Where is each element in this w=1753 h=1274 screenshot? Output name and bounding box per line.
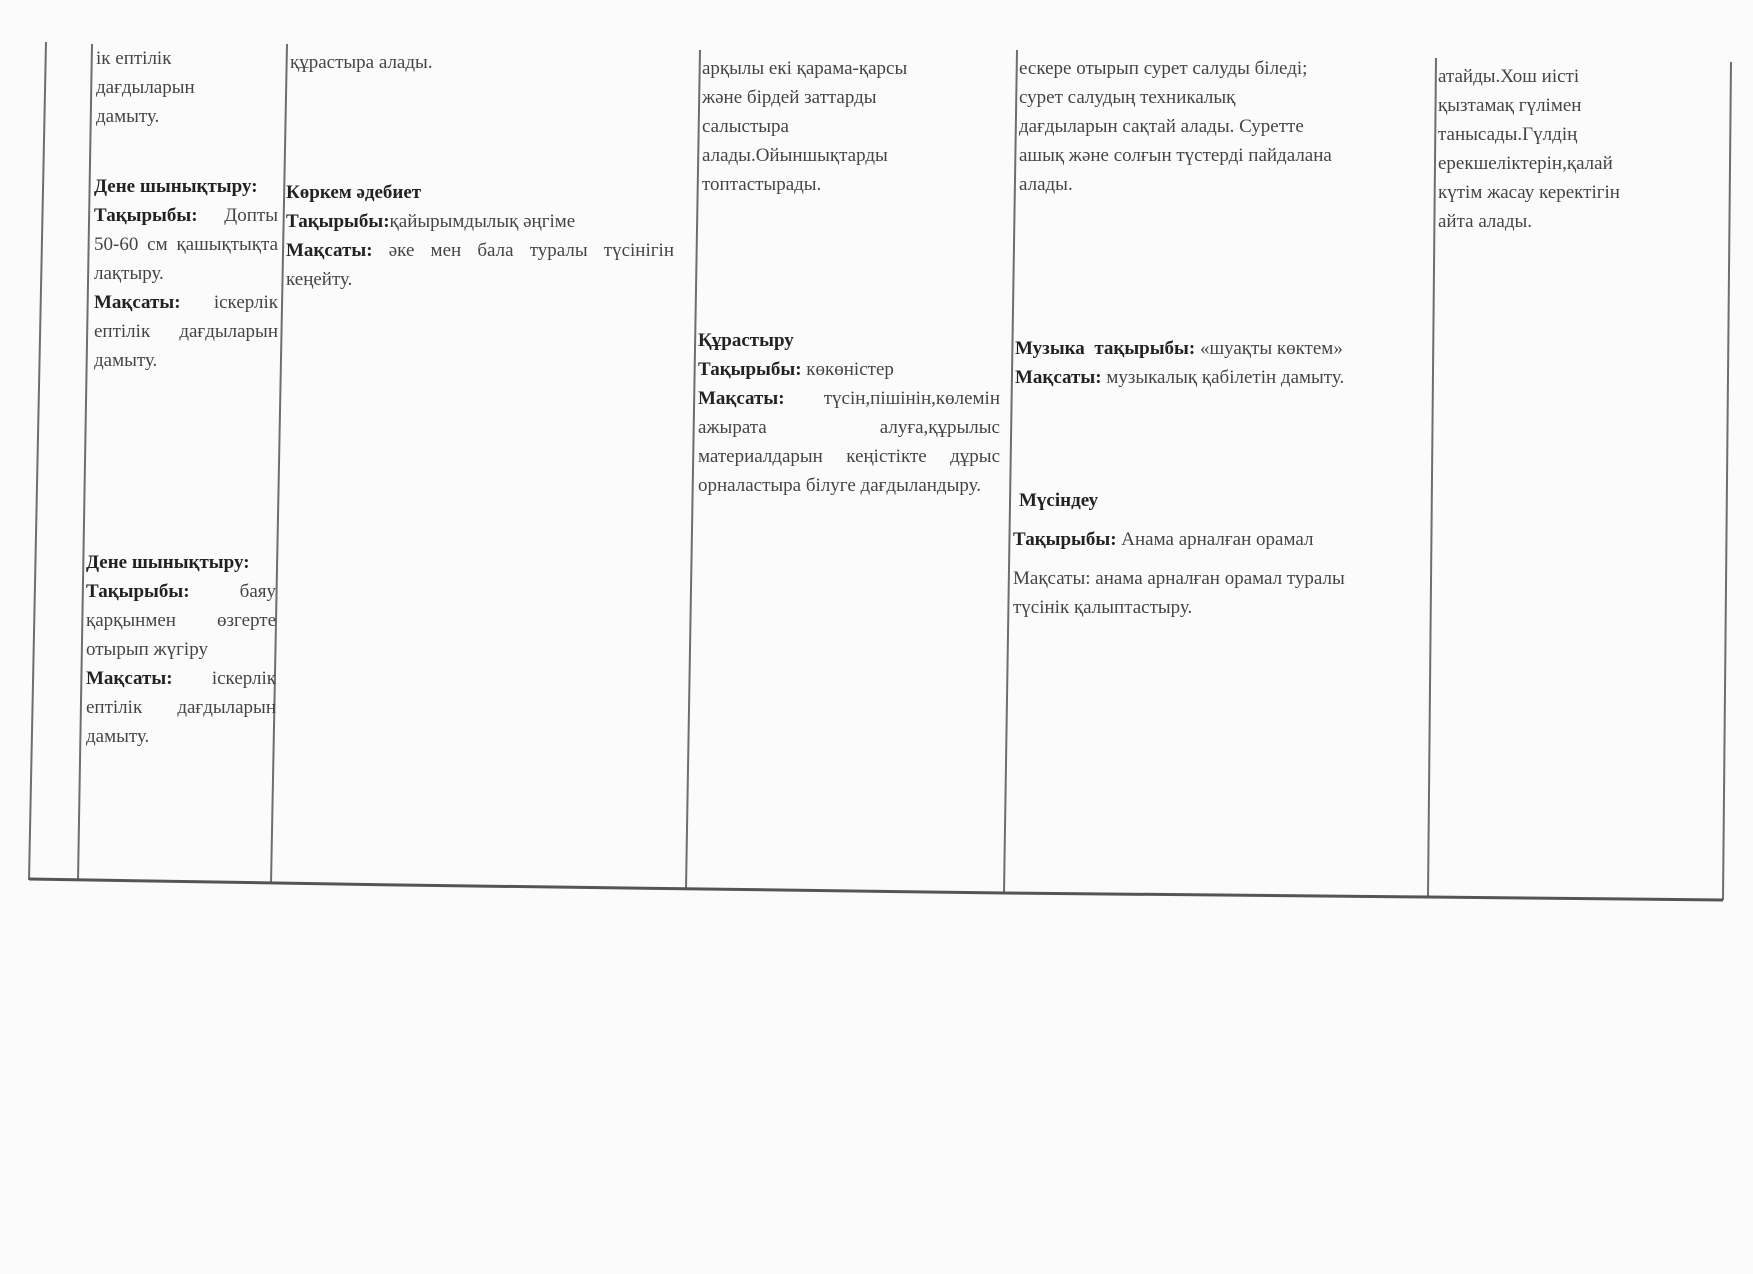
lesson-physical-education-2: Дене шынықтыру: Тақырыбы: баяу қарқынмен… <box>86 548 276 751</box>
topic-text: «шуақты көктем» <box>1200 338 1343 359</box>
topic-label: Тақырыбы: <box>286 211 390 232</box>
col4-continued-text: ескере отырып сурет салуды біледі; сурет… <box>1019 54 1429 199</box>
lesson-literature: Көркем әдебиет Тақырыбы:қайырымдылық әңг… <box>286 178 674 294</box>
col2-continued-text: құрастыра алады. <box>290 48 680 77</box>
topic-text: қайырымдылық әңгіме <box>390 211 576 232</box>
lesson-heading: Мүсіндеу <box>1019 490 1098 511</box>
lesson-construction: Құрастыру Тақырыбы: көкөністер Мақсаты: … <box>698 326 1000 500</box>
goal-label: Мақсаты: <box>1013 568 1091 589</box>
goal-label: Мақсаты: <box>1015 367 1102 388</box>
lesson-heading: Дене шынықтыру: <box>94 176 258 197</box>
lesson-heading: Көркем әдебиет <box>286 182 421 203</box>
goal-text: музыкалық қабілетін дамыту. <box>1106 367 1344 388</box>
column-4-border <box>1004 50 1017 893</box>
topic-label: Тақырыбы: <box>94 205 198 226</box>
col5-continued-text: атайды.Хош иісті қызтамақ гүлімен таныса… <box>1438 62 1718 236</box>
column-5-border <box>1428 58 1436 897</box>
lesson-physical-education-1: Дене шынықтыру: Тақырыбы: Допты 50-60 см… <box>94 172 278 375</box>
topic-label: Тақырыбы: <box>698 359 802 380</box>
lesson-music: Музыка тақырыбы: «шуақты көктем» Мақсаты… <box>1015 334 1355 392</box>
goal-label: Мақсаты: <box>698 388 785 409</box>
lesson-heading: Дене шынықтыру: <box>86 552 250 573</box>
column-2-border <box>271 44 287 884</box>
column-1-border <box>78 44 92 881</box>
table-bottom-border <box>29 879 1723 900</box>
topic-text: көкөністер <box>806 359 894 380</box>
lesson-sculpting: Мүсіндеу Тақырыбы: Анама арналған орамал… <box>1013 486 1423 622</box>
topic-label: тақырыбы: <box>1094 338 1195 359</box>
col1-continued-text: ік ептілік дағдыларын дамыту. <box>96 44 280 131</box>
table-right-border <box>1723 62 1731 900</box>
topic-label: Тақырыбы: <box>1013 529 1117 550</box>
topic-label: Тақырыбы: <box>86 581 190 602</box>
lesson-heading: Құрастыру <box>698 330 794 351</box>
goal-label: Мақсаты: <box>286 240 373 261</box>
topic-text: Анама арналған орамал <box>1121 529 1313 550</box>
goal-label: Мақсаты: <box>86 668 173 689</box>
goal-label: Мақсаты: <box>94 292 181 313</box>
table-outer-left-border <box>29 42 46 880</box>
col3-continued-text: арқылы екі қарама-қарсы және бірдей затт… <box>702 54 1002 199</box>
lesson-heading: Музыка <box>1015 338 1085 359</box>
